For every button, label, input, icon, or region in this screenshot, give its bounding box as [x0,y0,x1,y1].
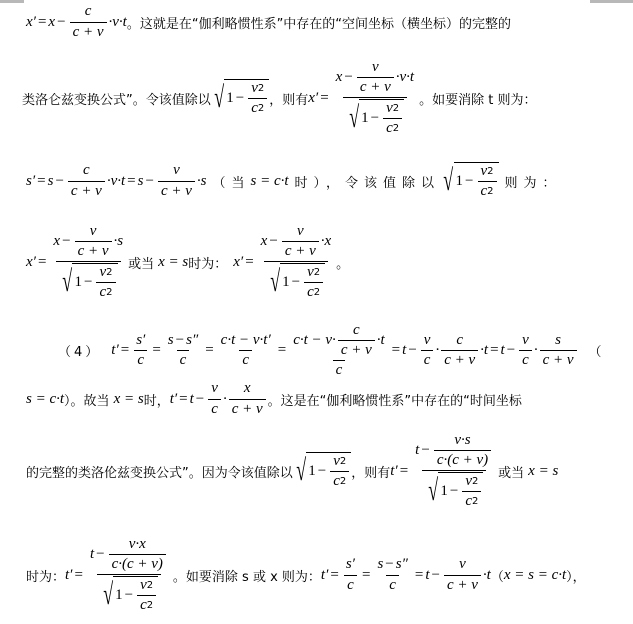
math-var: t′ [170,391,177,408]
math-op: − [448,483,460,500]
math-var: c [481,183,488,200]
radical-sign: √ [270,267,280,297]
math-var: c + v [285,243,316,260]
math-var: x [244,380,251,397]
body-text: 或当 [128,253,154,272]
math-var: c [386,120,393,137]
body-text: （当 [212,172,250,191]
body-text: ）， [566,566,586,585]
math-var: c [83,162,90,179]
math-op: = [119,342,131,359]
math-var: t′ [390,463,397,480]
math-var: x = s [528,463,558,480]
math-var: x [53,233,60,250]
exponent: 2 [147,580,153,592]
math-num: 1 [282,274,290,291]
equation-line-2: 类洛仑兹变换公式”。令该值除以 √ 1 − v2c2 ，则有 x′ = x − … [22,58,536,138]
math-var: c [211,401,218,418]
math-op: − [369,110,381,127]
math-var: v [90,223,97,240]
math-op: = [36,14,48,31]
equation-line-1: x′ = x − c c + v · v·t 。这就是在“伽利略惯性系”中存在的… [26,2,511,42]
page-corner-mark-right [590,0,633,3]
exponent: 2 [487,166,493,178]
body-text: 或当 [498,462,524,481]
fraction: c c + v [70,3,107,41]
math-var: s′ [136,332,145,349]
body-text: ）。故当 [64,390,110,409]
math-var: v·x [129,536,146,553]
body-text: 时为： [188,253,227,272]
body-text: 则为： [505,172,562,191]
math-num: 1 [456,173,464,190]
math-op: = [276,342,288,359]
radical-sign: √ [214,83,224,113]
math-var: c [137,352,144,369]
math-op: = [318,90,330,107]
body-text: ，则有 [351,462,390,481]
math-var: x = s [158,254,188,271]
math-op: − [60,233,72,250]
math-var: c + v [341,342,372,359]
math-var: c [85,3,92,20]
math-var: c [333,473,340,490]
math-var: c [456,332,463,349]
body-text: 。这是在“伽利略惯性系”中存在的“时间坐标 [268,390,522,409]
math-op: = [125,173,137,190]
math-var: x′ [308,90,318,107]
math-var: t [381,332,385,349]
math-var: s′ [26,173,35,190]
math-var: c·(c + v) [112,556,163,573]
exponent: 2 [340,476,346,488]
math-var: v [459,556,466,573]
math-var: v [211,380,218,397]
exponent: 2 [487,186,493,198]
math-op: · [534,342,538,359]
body-text: 时， [144,390,170,409]
math-op: = [150,342,162,359]
sqrt-expression: √ 1 − v2c2 [211,79,269,118]
math-var: x [261,233,268,250]
math-num: 1 [74,274,82,291]
exponent: 2 [472,476,478,488]
body-text: 。这就是在“伽利略惯性系”中存在的“空间坐标（横坐标）的完整的 [127,13,511,32]
math-var: c [389,577,396,594]
equation-line-4: x′ = x−vc + v·s √1−v2c2 或当 x = s 时为： x′ … [26,222,349,302]
math-op: − [342,69,354,86]
radical-sign: √ [443,166,453,196]
math-var: v [522,332,529,349]
exponent: 2 [106,267,112,279]
math-op: − [194,391,206,408]
math-op: − [290,274,302,291]
math-var: c [522,352,529,369]
math-op: = [360,567,372,584]
math-var: c [307,284,314,301]
equation-line-3: s′ = s − cc + v · v·t = s − vc + v · s （… [26,157,562,205]
body-text: （ [491,566,504,585]
math-var: t′ [111,342,118,359]
math-op: = [177,391,189,408]
math-var: x [325,233,332,250]
math-num: 1 [440,483,448,500]
page-corner-mark-left [0,0,24,3]
math-var: c [180,352,187,369]
exponent: 2 [258,83,264,95]
math-var: c [465,493,472,510]
math-var: c + v [447,577,478,594]
math-var: v·t [400,69,415,86]
body-text: 。如要消除 t 则为： [419,89,536,108]
radical-sign: √ [349,103,359,133]
math-num: 1 [361,110,369,127]
math-op: = [328,567,340,584]
math-num: 1 [308,463,316,480]
math-var: v·t [111,173,126,190]
math-op: · [223,391,227,408]
math-op: − [406,342,418,359]
equation-line-5: （4） t′ = s′c = s−s″c = c·t − v·t′c = c·t… [58,323,602,378]
math-op: − [174,332,186,349]
equation-line-8: 时为： t′ = t−v·xc·(c + v) √1−v2c2 。如要消除 s … [26,530,586,620]
math-var: c + v [71,183,102,200]
exponent: 2 [393,103,399,115]
math-var: v [386,100,393,117]
math-var: c [242,352,249,369]
radical-sign: √ [296,456,306,486]
math-var: c + v [232,401,263,418]
fraction: x − vc + v · v·t √1−v2c2 [333,59,417,138]
math-var: c·(c + v) [437,452,488,469]
math-op: − [419,442,431,459]
math-num: 1 [115,587,123,604]
math-op: − [267,233,279,250]
math-var: v·s [454,432,470,449]
math-var: v [251,80,258,97]
equation-line-7: 的完整的类洛伦兹变换公式”。因为令该值除以 √1−v2c2 ，则有 t′ = t… [26,430,558,512]
exponent: 2 [106,287,112,299]
math-op: = [243,254,255,271]
body-text: 类洛仑兹变换公式”。令该值除以 [22,89,211,108]
equation-line-6: s = c·t ）。故当 x = s 时， t′ = t − vc · xc +… [26,376,522,422]
math-var: x = s [114,391,144,408]
math-var: t′ [65,567,72,584]
body-text: ，则有 [269,89,308,108]
math-var: c [251,100,258,117]
math-op: = [36,254,48,271]
math-var: x′ [26,14,36,31]
exponent: 2 [147,600,153,612]
body-text: 的完整的类洛伦兹变换公式”。因为令该值除以 [26,462,293,481]
math-var: v [465,473,472,490]
math-op: − [53,173,65,190]
math-op: − [94,546,106,563]
math-var: c + v [360,79,391,96]
math-var: s [117,233,123,250]
math-op: = [390,342,402,359]
math-op: − [316,463,328,480]
math-num: 1 [226,90,234,107]
math-op: − [82,274,94,291]
math-op: − [55,14,67,31]
math-var: c [140,597,147,614]
body-text: （ [589,341,602,360]
body-text: 。 [336,253,349,272]
math-op: · [435,342,439,359]
math-var: s = c·t [26,391,64,408]
body-text: 。如要消除 s 或 x 则为： [173,566,321,585]
math-op: = [35,173,47,190]
math-op: − [383,556,395,573]
math-op: − [505,342,517,359]
math-var: t′ [321,567,328,584]
math-var: c [353,322,360,339]
math-var: v [333,453,340,470]
math-op: = [488,342,500,359]
math-var: v [481,163,488,180]
math-var: v·t [112,14,127,31]
math-op: − [143,173,155,190]
math-var: c + v [161,183,192,200]
math-var: s″ [186,332,198,349]
math-var: c + v [73,24,104,41]
radical-sign: √ [62,267,72,297]
math-var: v [140,577,147,594]
math-var: v [307,264,314,281]
radical-sign: √ [428,476,438,506]
math-op: = [72,567,84,584]
exponent: 2 [393,123,399,135]
math-var: x′ [26,254,36,271]
math-var: c [424,352,431,369]
math-var: x′ [233,254,243,271]
math-var: c·t − v·t′ [221,332,271,349]
math-op: = [413,567,425,584]
math-op: − [463,173,475,190]
exponent: 2 [258,103,264,115]
exponent: 2 [340,456,346,468]
math-op: − [429,567,441,584]
math-var: c [347,577,354,594]
exponent: 2 [472,496,478,508]
body-text: 时为： [26,566,65,585]
body-text: 时），令该值除以 [295,172,441,191]
math-var: v [99,264,106,281]
exponent: 2 [314,267,320,279]
math-var: c + v [444,352,475,369]
math-op: = [203,342,215,359]
math-op: − [234,90,246,107]
radical-sign: √ [103,580,113,610]
math-var: s′ [346,556,355,573]
math-var: x [336,69,343,86]
math-var: s [555,332,561,349]
math-var: v [372,59,379,76]
math-var: s″ [396,556,408,573]
math-var: v [297,223,304,240]
math-var: s [201,173,207,190]
math-var: c·t − v· [293,332,336,349]
math-var: x = s = c·t [504,567,566,584]
math-op: = [398,463,410,480]
math-var: c [99,284,106,301]
math-var: c + v [543,352,574,369]
exponent: 2 [314,287,320,299]
math-var: c + v [78,243,109,260]
math-var: x [48,14,55,31]
math-var: s = c·t [251,173,289,190]
math-op: − [123,587,135,604]
math-var: v [173,162,180,179]
section-number: （4） [58,341,101,360]
math-var: v [424,332,431,349]
